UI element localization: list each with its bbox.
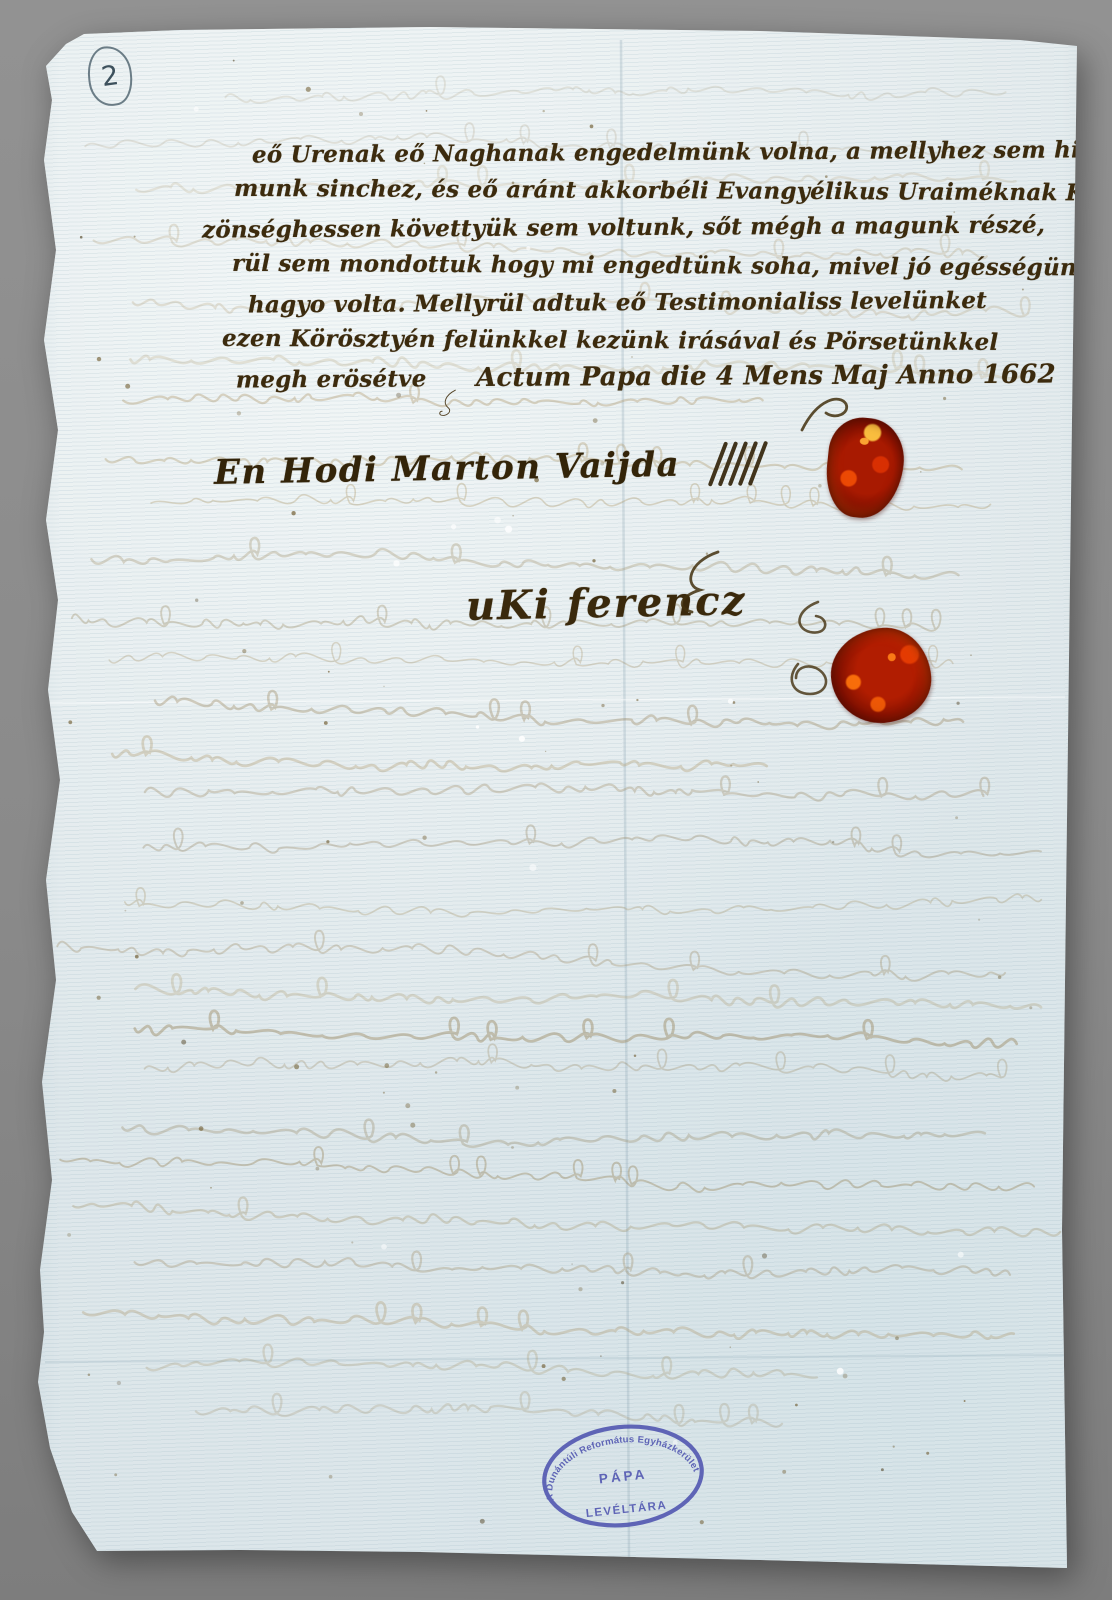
letter-line: rül sem mondottuk hogy mi engedtünk soha… xyxy=(232,244,1056,286)
photo-background: 2 eő Urenak eő Naghanak engedelmünk voln… xyxy=(0,0,1112,1600)
manuscript-page: 2 eő Urenak eő Naghanak engedelmünk voln… xyxy=(0,0,1112,1600)
paraph-flourish-icon xyxy=(666,546,728,618)
horizontal-fold-crease xyxy=(45,1355,1065,1362)
letter-dateline: Actum Papa die 4 Mens Maj Anno 1662 xyxy=(476,356,1056,397)
letter-body: eő Urenak eő Naghanak engedelmünk volna,… xyxy=(196,134,1056,451)
seal-glint xyxy=(859,437,869,445)
letter-closing: megh erösétve xyxy=(236,360,427,399)
letter-line: munk sinchez, és eő aránt akkorbéli Evan… xyxy=(234,169,1056,211)
signature-1-text: En Hodi Marton Vaijda xyxy=(214,445,681,493)
letter-line: zönséghessen követtyük sem voltunk, sőt … xyxy=(202,206,1056,249)
signature-hatch-mark-icon xyxy=(696,437,771,490)
signature-hodi-marton: En Hodi Marton Vaijda xyxy=(214,437,771,499)
paper-shadow: 2 eő Urenak eő Naghanak engedelmünk voln… xyxy=(0,0,1112,1600)
letter-line: eő Urenak eő Naghanak engedelmünk volna,… xyxy=(252,132,1056,174)
seal-glint xyxy=(887,653,896,662)
page-number-text: 2 xyxy=(99,59,120,92)
letter-line: hagyo volta. Mellyrül adtuk eő Testimoni… xyxy=(248,282,1056,324)
stamp-center-text: PÁPA xyxy=(598,1467,648,1487)
paraph-flourish-icon xyxy=(436,356,460,452)
archive-stamp: A Dunántúli Református Egyházkerület PÁP… xyxy=(533,1411,714,1540)
letter-line: ezen Körösztyén felünkkel kezünk irásáva… xyxy=(222,319,1056,361)
